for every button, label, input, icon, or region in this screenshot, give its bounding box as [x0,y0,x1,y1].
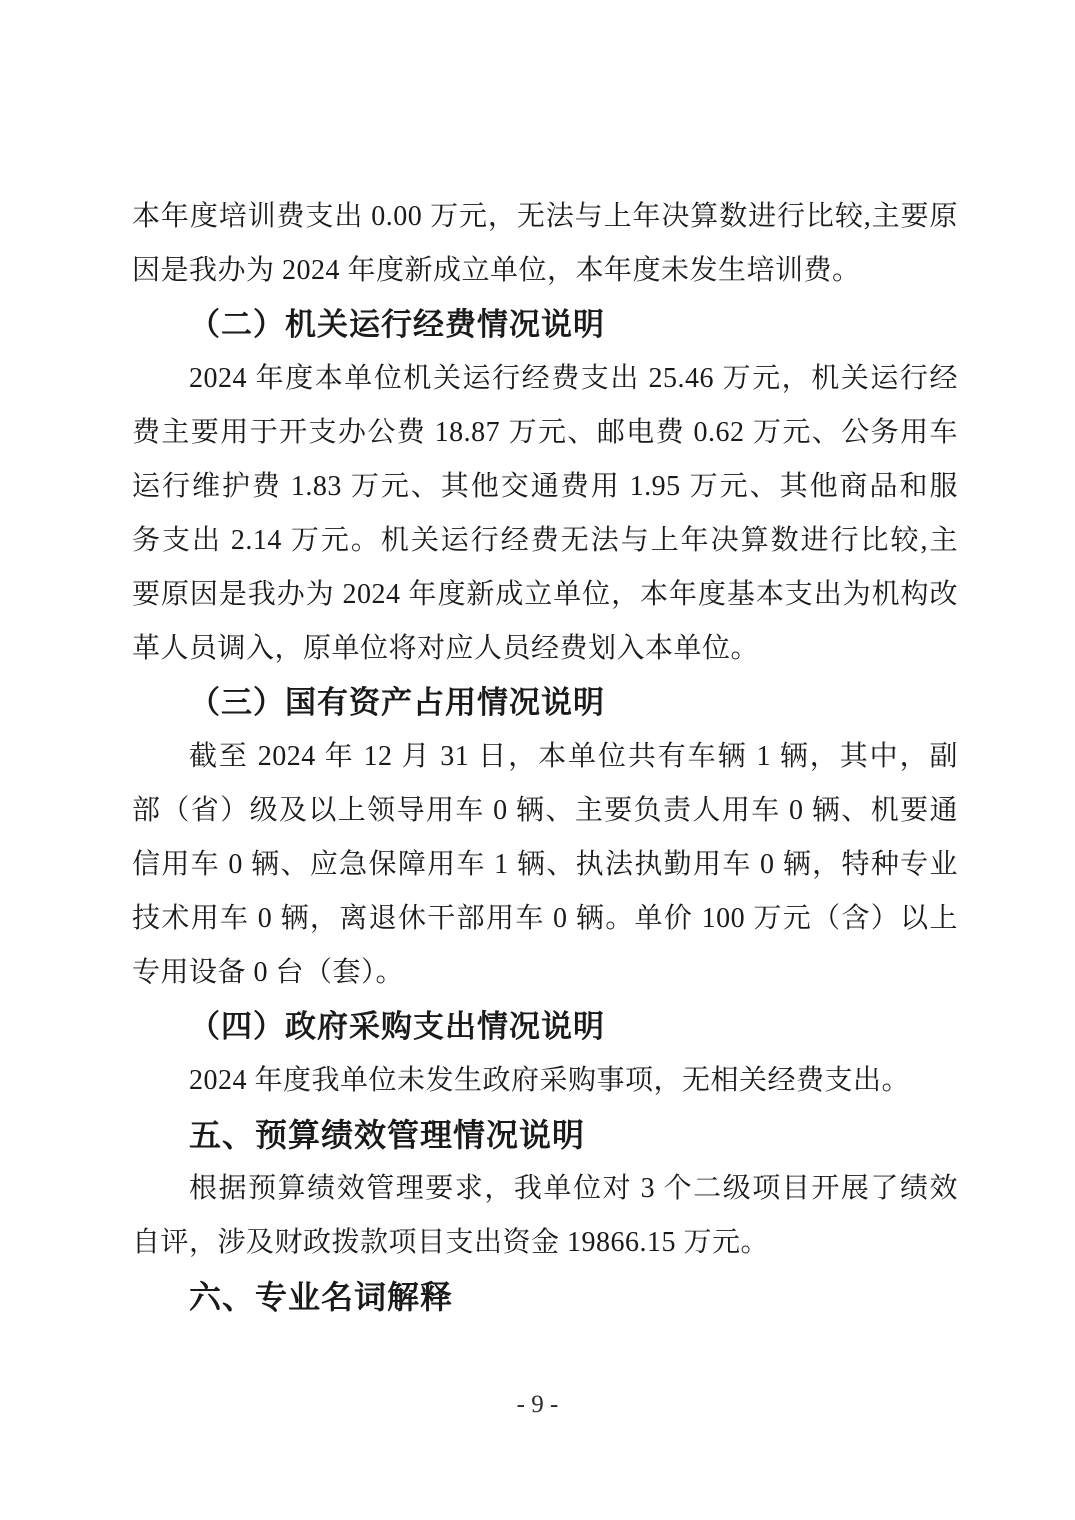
document-page: 本年度培训费支出 0.00 万元，无法与上年决算数进行比较,主要原 因是我办为 … [0,0,1075,1520]
paragraph-line: 技术用车 0 辆，离退休干部用车 0 辆。单价 100 万元（含）以上 [132,892,958,946]
paragraph-line: 要原因是我办为 2024 年度新成立单位，本年度基本支出为机构改 [132,568,958,622]
section-heading-government-procurement: （四）政府采购支出情况说明 [132,1000,958,1054]
paragraph-line: 根据预算绩效管理要求，我单位对 3 个二级项目开展了绩效 [132,1162,958,1216]
paragraph-line: 2024 年度本单位机关运行经费支出 25.46 万元，机关运行经 [132,352,958,406]
paragraph-line: 部（省）级及以上领导用车 0 辆、主要负责人用车 0 辆、机要通 [132,784,958,838]
section-heading-budget-performance: 五、预算绩效管理情况说明 [132,1108,958,1162]
paragraph-line: 因是我办为 2024 年度新成立单位，本年度未发生培训费。 [132,244,958,298]
paragraph-line: 2024 年度我单位未发生政府采购事项，无相关经费支出。 [132,1054,958,1108]
paragraph-line: 截至 2024 年 12 月 31 日，本单位共有车辆 1 辆，其中，副 [132,730,958,784]
paragraph-line: 务支出 2.14 万元。机关运行经费无法与上年决算数进行比较,主 [132,514,958,568]
section-heading-terminology: 六、专业名词解释 [132,1270,958,1324]
paragraph-line: 费主要用于开支办公费 18.87 万元、邮电费 0.62 万元、公务用车 [132,406,958,460]
paragraph-line: 本年度培训费支出 0.00 万元，无法与上年决算数进行比较,主要原 [132,190,958,244]
paragraph-line: 革人员调入，原单位将对应人员经费划入本单位。 [132,622,958,676]
paragraph-line: 运行维护费 1.83 万元、其他交通费用 1.95 万元、其他商品和服 [132,460,958,514]
paragraph-line: 信用车 0 辆、应急保障用车 1 辆、执法执勤用车 0 辆，特种专业 [132,838,958,892]
paragraph-line: 专用设备 0 台（套）。 [132,946,958,1000]
paragraph-line: 自评，涉及财政拨款项目支出资金 19866.15 万元。 [132,1216,958,1270]
page-number: - 9 - [0,1385,1075,1425]
section-heading-org-operating-costs: （二）机关运行经费情况说明 [132,298,958,352]
document-body: 本年度培训费支出 0.00 万元，无法与上年决算数进行比较,主要原 因是我办为 … [132,190,958,1324]
section-heading-state-assets: （三）国有资产占用情况说明 [132,676,958,730]
